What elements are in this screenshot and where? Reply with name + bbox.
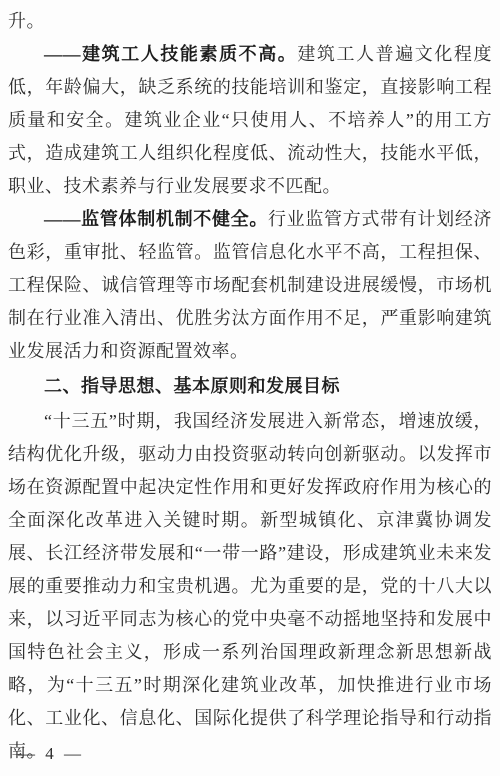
paragraph: ——建筑工人技能素质不高。建筑工人普遍文化程度低，年龄偏大，缺乏系统的技能培训和… [8, 38, 492, 203]
paragraph-text: 行业监管方式带有计划经济色彩，重审批、轻监管。监管信息化水平不高，工程担保、工程… [8, 209, 492, 361]
section-heading: 二、指导思想、基本原则和发展目标 [8, 369, 492, 404]
paragraph-lead: ——建筑工人技能素质不高。 [44, 44, 297, 64]
paragraph-continuation: 升。 [8, 5, 492, 38]
document-content: 升。——建筑工人技能素质不高。建筑工人普遍文化程度低，年龄偏大，缺乏系统的技能培… [8, 5, 492, 768]
paragraph: “十三五”时期，我国经济发展进入新常态，增速放缓，结构优化升级，驱动力由投资驱动… [8, 405, 492, 768]
paragraph-text: 升。 [8, 11, 45, 31]
paragraph-lead: ——监管体制机制不健全。 [44, 209, 268, 229]
page-number: — 4 — [18, 744, 84, 764]
paragraph: ——监管体制机制不健全。行业监管方式带有计划经济色彩，重审批、轻监管。监管信息化… [8, 203, 492, 368]
paragraph-text: “十三五”时期，我国经济发展进入新常态，增速放缓，结构优化升级，驱动力由投资驱动… [8, 411, 492, 761]
paragraph-text: 建筑工人普遍文化程度低，年龄偏大，缺乏系统的技能培训和鉴定，直接影响工程质量和安… [8, 44, 492, 196]
document-page: 升。——建筑工人技能素质不高。建筑工人普遍文化程度低，年龄偏大，缺乏系统的技能培… [0, 0, 500, 776]
